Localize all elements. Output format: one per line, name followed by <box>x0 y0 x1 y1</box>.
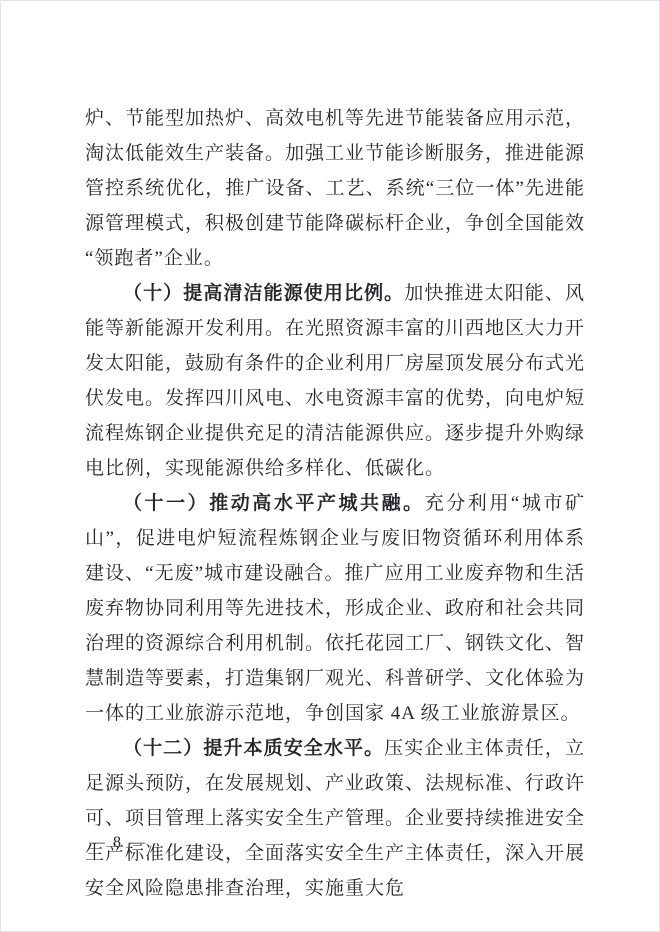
document-body: 炉、节能型加热炉、高效电机等先进节能装备应用示范，淘汰低能效生产装备。加强工业节… <box>85 101 585 906</box>
paragraph-text: 炉、节能型加热炉、高效电机等先进节能装备应用示范，淘汰低能效生产装备。加强工业节… <box>85 108 585 269</box>
page-number: — 8 — <box>89 833 147 853</box>
paragraph-heading: （十二）提升本质安全水平。 <box>123 738 384 759</box>
paragraph-heading: （十）提高清洁能源使用比例。 <box>123 283 404 304</box>
paragraph-text: 充分利用“城市矿山”，促进电炉短流程炼钢企业与废旧物资循环利用体系建设、“无废”… <box>85 493 585 724</box>
paragraph-item-10: （十）提高清洁能源使用比例。加快推进太阳能、风能等新能源开发利用。在光照资源丰富… <box>85 276 585 486</box>
paragraph-item-12: （十二）提升本质安全水平。压实企业主体责任，立足源头预防，在发展规划、产业政策、… <box>85 731 585 906</box>
paragraph-text: 压实企业主体责任，立足源头预防，在发展规划、产业政策、法规标准、行政许可、项目管… <box>85 738 585 899</box>
document-page: 炉、节能型加热炉、高效电机等先进节能装备应用示范，淘汰低能效生产装备。加强工业节… <box>0 0 660 932</box>
paragraph-text: 加快推进太阳能、风能等新能源开发利用。在光照资源丰富的川西地区大力开发太阳能，鼓… <box>85 283 585 479</box>
paragraph-heading: （十一）推动高水平产城共融。 <box>123 493 425 514</box>
paragraph-continuation: 炉、节能型加热炉、高效电机等先进节能装备应用示范，淘汰低能效生产装备。加强工业节… <box>85 101 585 276</box>
paragraph-item-11: （十一）推动高水平产城共融。充分利用“城市矿山”，促进电炉短流程炼钢企业与废旧物… <box>85 486 585 731</box>
